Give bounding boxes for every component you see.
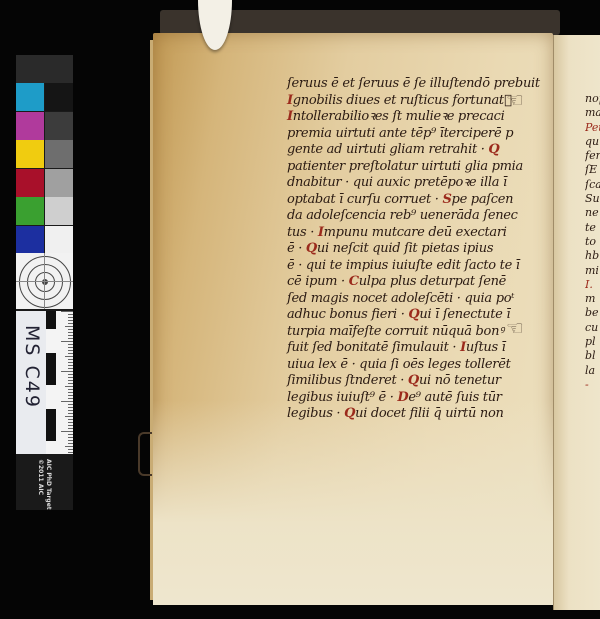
manuscript-line: gente ad uirtuti gliam retrahit · Q [287, 142, 537, 159]
manicule-icon: ☜ [506, 316, 524, 340]
facing-page-line: be [585, 306, 600, 320]
scale-ruler [46, 311, 73, 454]
rubricated-initial: Q [488, 142, 499, 157]
manuscript-text-block: ſeruus ē et ſeruus ē ſe illuſtendō prebu… [287, 76, 537, 423]
focus-target [16, 253, 73, 309]
ruler-block [46, 311, 56, 329]
ruler-block [46, 367, 56, 385]
facing-page-line: Su [585, 192, 600, 206]
manuscript-line: Intollerabilioꝛes ſt mulieꝛe precaci [287, 109, 537, 126]
manuscript-line: fuit ſed bonitatē ſimulauit · Iuſtus ī [287, 340, 537, 357]
facing-page-line: cu [585, 321, 600, 335]
facing-page-line: te [585, 221, 600, 235]
facing-page-line: m [585, 292, 600, 306]
facing-page-line: qu [585, 135, 600, 149]
rubricated-initial: Q [408, 307, 419, 322]
handwritten-label-area: MS C49 [16, 311, 46, 454]
color-calibration-target: MS C49 AIC PhD Target ©2011 AIC [16, 55, 73, 510]
facing-page-line: map [585, 106, 600, 120]
rubricated-initial: S [442, 192, 451, 207]
manuscript-line: optabat ī curſu corruet · Spe paſcen [287, 192, 537, 209]
manuscript-line: da adoleſcencia reb⁹ uenerāda ſenec [287, 208, 537, 225]
manuscript-line: ſeruus ē et ſeruus ē ſe illuſtendō prebu… [287, 76, 537, 93]
manuscript-line: ē · qui te impius iuiuſte edit ſacto te … [287, 258, 537, 275]
color-patch-green [16, 197, 44, 225]
manuscript-line: patienter preſtolatur uirtuti glia pmia [287, 159, 537, 176]
color-patch-red [16, 169, 44, 197]
shelfmark-label: MS C49 [21, 325, 43, 409]
facing-page-text: nopmapPetquferſEſcaSunetetohbmiI.mbecupl… [585, 92, 600, 392]
manuscript-line: ē · Qui neſcit quid ſit pietas ipius [287, 241, 537, 258]
gray-patch [45, 140, 73, 168]
manuscript-line: dnabitur · qui auxic pretēpoꝛe illa ī [287, 175, 537, 192]
gray-patch [45, 112, 73, 140]
target-header-strip [16, 55, 73, 83]
facing-page-line: ſE [585, 163, 600, 177]
rubricated-initial: D [397, 390, 408, 405]
facing-page-line: bl [585, 349, 600, 363]
rubricated-initial: Q [344, 406, 355, 421]
facing-page-line: ne [585, 206, 600, 220]
color-patch-blue [16, 226, 44, 254]
page-lower-margin [153, 400, 553, 605]
facing-page-line: fer [585, 149, 600, 163]
facing-page-line: pl [585, 335, 600, 349]
manicule-icon: ☜ [506, 88, 524, 112]
manuscript-line: ſimilibus ſtnderet · Qui nō tenetur [287, 373, 537, 390]
manuscript-line: Ignobilis diues et ruſticus fortunat᷑ [287, 93, 537, 110]
color-patch-magenta [16, 112, 44, 140]
facing-page-line: - [585, 378, 600, 392]
target-copyright: AIC PhD Target ©2011 AIC [36, 459, 52, 510]
gray-patch [45, 83, 73, 111]
manuscript-line: legibus · Qui docet filii q̄ uirtū non [287, 406, 537, 423]
manuscript-line: ſed magis nocet adoleſcēti · quia poᵗ [287, 291, 537, 308]
rubricated-initial: Q [306, 241, 317, 256]
ruler-block [46, 423, 56, 441]
manuscript-line: adhuc bonus fieri · Qui ī ſenectute ī [287, 307, 537, 324]
facing-page-line: I. [585, 278, 600, 292]
book-clasp [138, 432, 152, 476]
facing-page-line: mi [585, 264, 600, 278]
manuscript-line: uiua lex ē · quia ſi oēs leges tollerēt [287, 357, 537, 374]
manuscript-line: tus · Impunu mutcare deū exectari [287, 225, 537, 242]
facing-page-line: ſca [585, 178, 600, 192]
rubricated-initial: C [349, 274, 359, 289]
manuscript-line: premia uirtuti ante tēp⁹ īterciperē p [287, 126, 537, 143]
facing-page-line: hb [585, 249, 600, 263]
manuscript-line: legibus iuiuſt⁹ ē · De⁹ autē ſuis tūr [287, 390, 537, 407]
manuscript-line: cē ipum · Culpa plus deturpat ſenē [287, 274, 537, 291]
facing-page-line: Pet [585, 121, 600, 135]
manuscript-line: turpia maīfeſte corruit nūquā bonꝰ [287, 324, 537, 341]
color-patch-cyan [16, 83, 44, 111]
rubricated-initial: Q [408, 373, 419, 388]
color-patch-yellow [16, 140, 44, 168]
gray-patch [45, 226, 73, 254]
gray-patch [45, 169, 73, 197]
facing-page-line: nop [585, 92, 600, 106]
gray-patch [45, 197, 73, 225]
facing-page-line: to [585, 235, 600, 249]
facing-page-line: la [585, 364, 600, 378]
